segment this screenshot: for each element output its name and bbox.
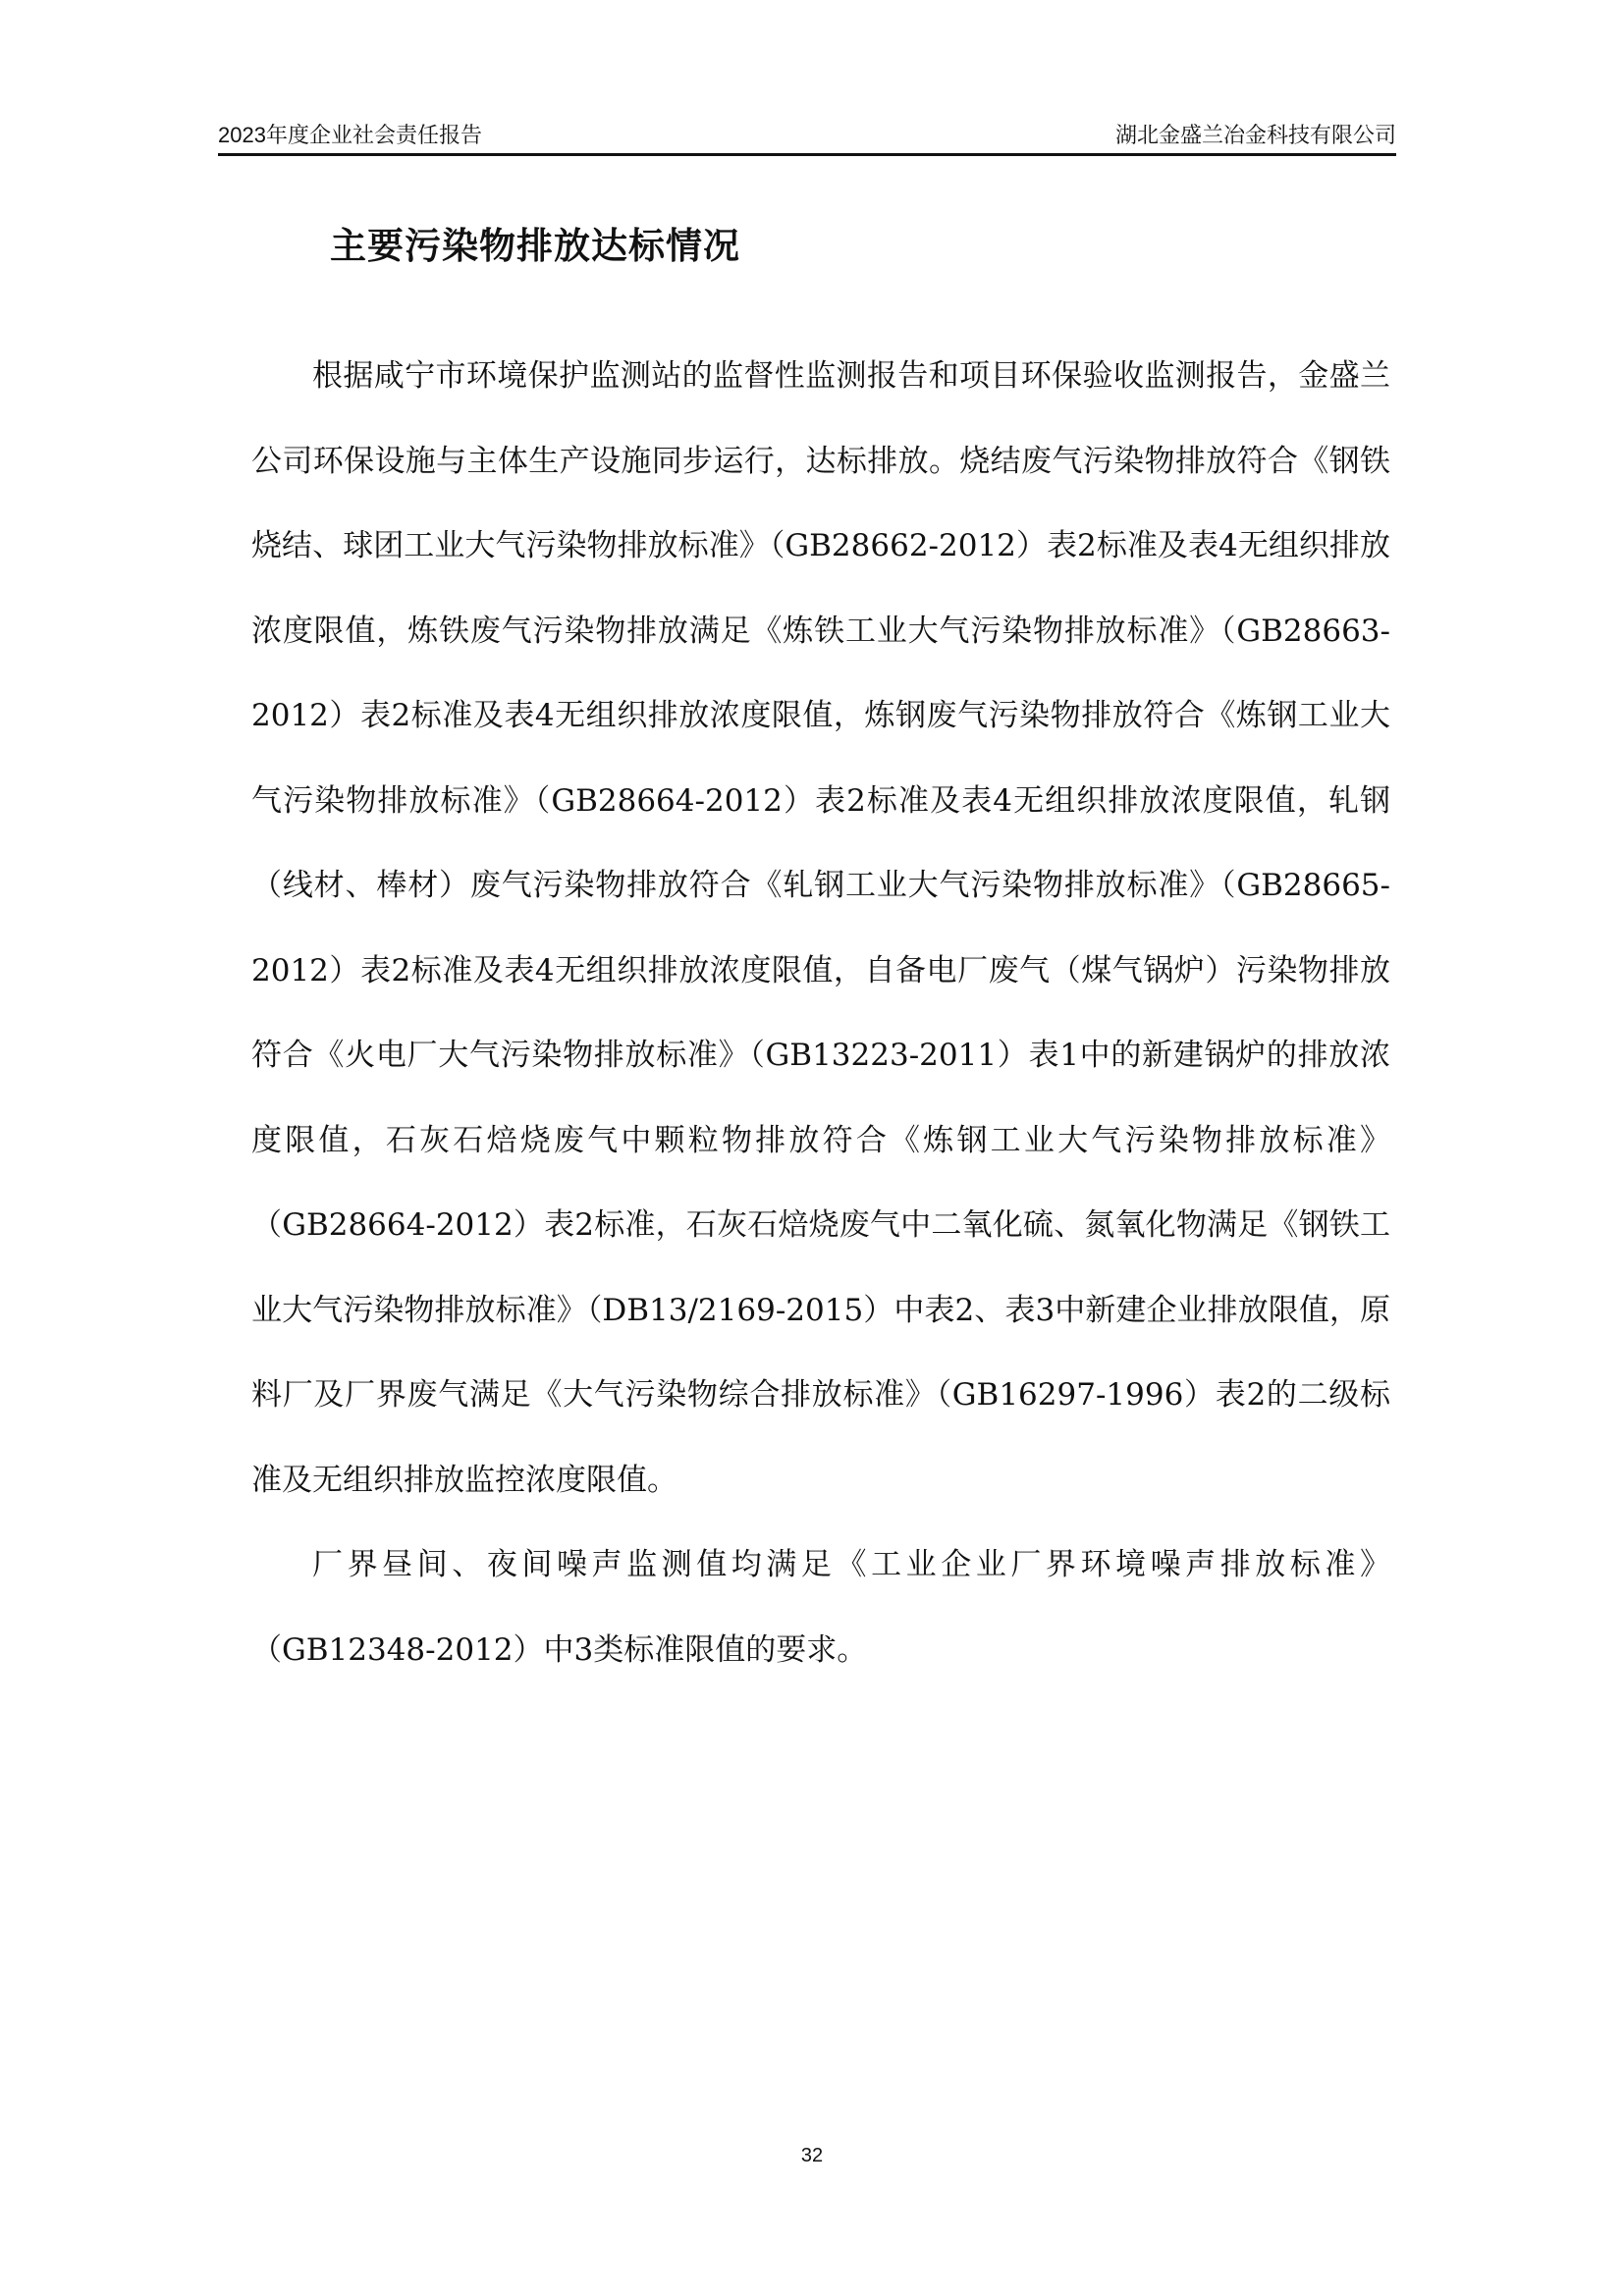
page-header: 2023年度企业社会责任报告 湖北金盛兰冶金科技有限公司 [218, 118, 1396, 156]
body-text: 根据咸宁市环境保护监测站的监督性监测报告和项目环保验收监测报告，金盛兰公司环保设… [251, 334, 1390, 1692]
paragraph-emissions: 根据咸宁市环境保护监测站的监督性监测报告和项目环保验收监测报告，金盛兰公司环保设… [251, 334, 1390, 1522]
paragraph-noise: 厂界昼间、夜间噪声监测值均满足《工业企业厂界环境噪声排放标准》（GB12348-… [251, 1522, 1390, 1692]
page-number: 32 [0, 2145, 1624, 2167]
company-name: 湖北金盛兰冶金科技有限公司 [1115, 119, 1396, 149]
report-title: 2023年度企业社会责任报告 [218, 119, 482, 149]
section-title: 主要污染物排放达标情况 [330, 216, 740, 269]
